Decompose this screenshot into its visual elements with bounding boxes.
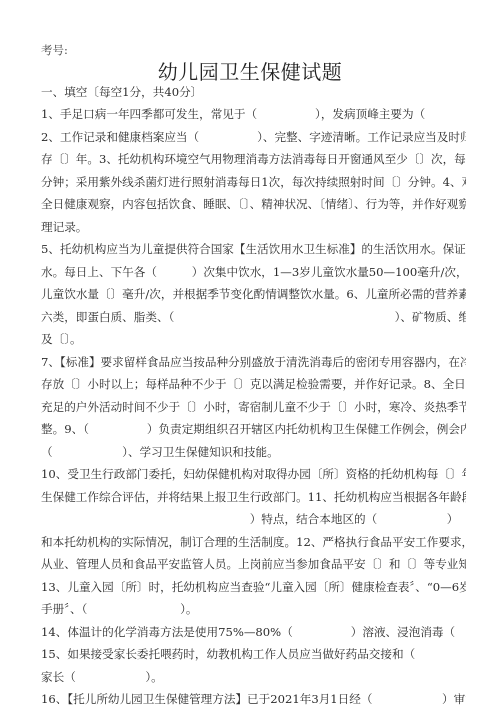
question-line: 儿童饮水量〔〕毫升/次，并根据季节变化酌情调整饮水量。6、儿童所必需的营养素一般… — [41, 286, 466, 302]
question-line: 生保健工作综合评估，并将结果上报卫生行政部门。11、托幼机构应当根据各年龄段儿童… — [41, 489, 466, 505]
question-line: 和本托幼机构的实际情况，制订合理的生活制度。12、严格执行食品平安工作要求，配备… — [41, 534, 466, 550]
question-line: 六类，即蛋白质、脂类、（ ）、矿物质、维生素 — [41, 309, 466, 325]
question-line: 5、托幼机构应当为儿童提供符合国家【生活饮用水卫生标准】的生活饮用水。保证儿童按… — [41, 241, 466, 257]
question-line: 充足的户外活动时间不少于〔〕小时，寄宿制儿童不少于〔〕小时，寒冷、炎热季节可酌情… — [41, 399, 466, 415]
question-line: 家长（ ）。 — [41, 669, 466, 685]
question-line: 15、如果接受家长委托喂药时，幼教机构工作人员应当做好药品交接和（ ），并请 — [41, 646, 466, 662]
question-line: 分钟；采用紫外线杀菌灯进行照射消毒每日1次，每次持续照射时间〔〕分钟。4、对儿童… — [41, 174, 466, 190]
page-title: 幼儿园卫生保健试题 — [0, 56, 500, 85]
question-line: 手册〞、（ ）。 — [41, 601, 466, 617]
question-line: 2、工作记录和健康档案应当（ ）、完整、字迹清晰。工作记录应当及时归档，至少保 — [41, 129, 466, 145]
question-line: 1、手足口病一年四季都可发生，常见于（ ），发病顶峰主要为（ ）月。 — [41, 106, 466, 122]
question-line: 存〔〕年。3、托幼机构环境空气用物理消毒方法消毒每日开窗通风至少〔〕次，每次至少… — [41, 151, 466, 167]
question-line: 从业、管理人员和食品平安监管人员。上岗前应当参加食品平安〔〕和〔〕等专业知识培训… — [41, 556, 466, 572]
question-line: 13、儿童入园〔所〕时，托幼机构应当查验“儿童入园〔所〕健康检查表〞、“0—6岁… — [41, 579, 466, 595]
question-line: 理记录。 — [41, 219, 466, 235]
question-line: 14、体温计的化学消毒方法是使用75%—80%（ ）溶液、浸泡消毒（ ）分钟。 — [41, 624, 466, 640]
document-page: 考号: 幼儿园卫生保健试题 一、填空〔每空1分，共40分〕 1、手足口病一年四季… — [0, 0, 500, 707]
question-line: 全日健康观察，内容包括饮食、睡眠、〔〕、精神状况、〔情绪〕、行为等，并作好观察及… — [41, 196, 466, 212]
question-line: ）特点，结合本地区的（ ） — [41, 511, 466, 527]
question-line: 16、【托儿所幼儿园卫生保健管理方法】已于2021年3月1日经（ ）审议通过，并 — [41, 691, 466, 707]
question-line: 及〔〕。 — [41, 331, 466, 347]
question-line: 7、【标准】要求留样食品应当按品种分别盛放于清洗消毒后的密闭专用容器内，在冷藏条… — [41, 354, 466, 370]
question-line: 10、受卫生行政部门委托，妇幼保健机构对取得办园〔所〕资格的托幼机构每〔〕年进行… — [41, 466, 466, 482]
question-line: 水。每日上、下午各（ ）次集中饮水，1—3岁儿童饮水量50—100毫升/次，3—… — [41, 264, 466, 280]
question-line: 存放〔〕小时以上；每样品种不少于〔〕克以满足检验需要，并作好记录。8、全日制儿童… — [41, 376, 466, 392]
question-line: （ ）、学习卫生保健知识和技能。 — [41, 444, 466, 460]
question-line: 整。9、（ ）负责定期组织召开辖区内托幼机构卫生保健工作例会，例会内容包括： — [41, 421, 466, 437]
section-heading: 一、填空〔每空1分，共40分〕 — [41, 84, 466, 100]
